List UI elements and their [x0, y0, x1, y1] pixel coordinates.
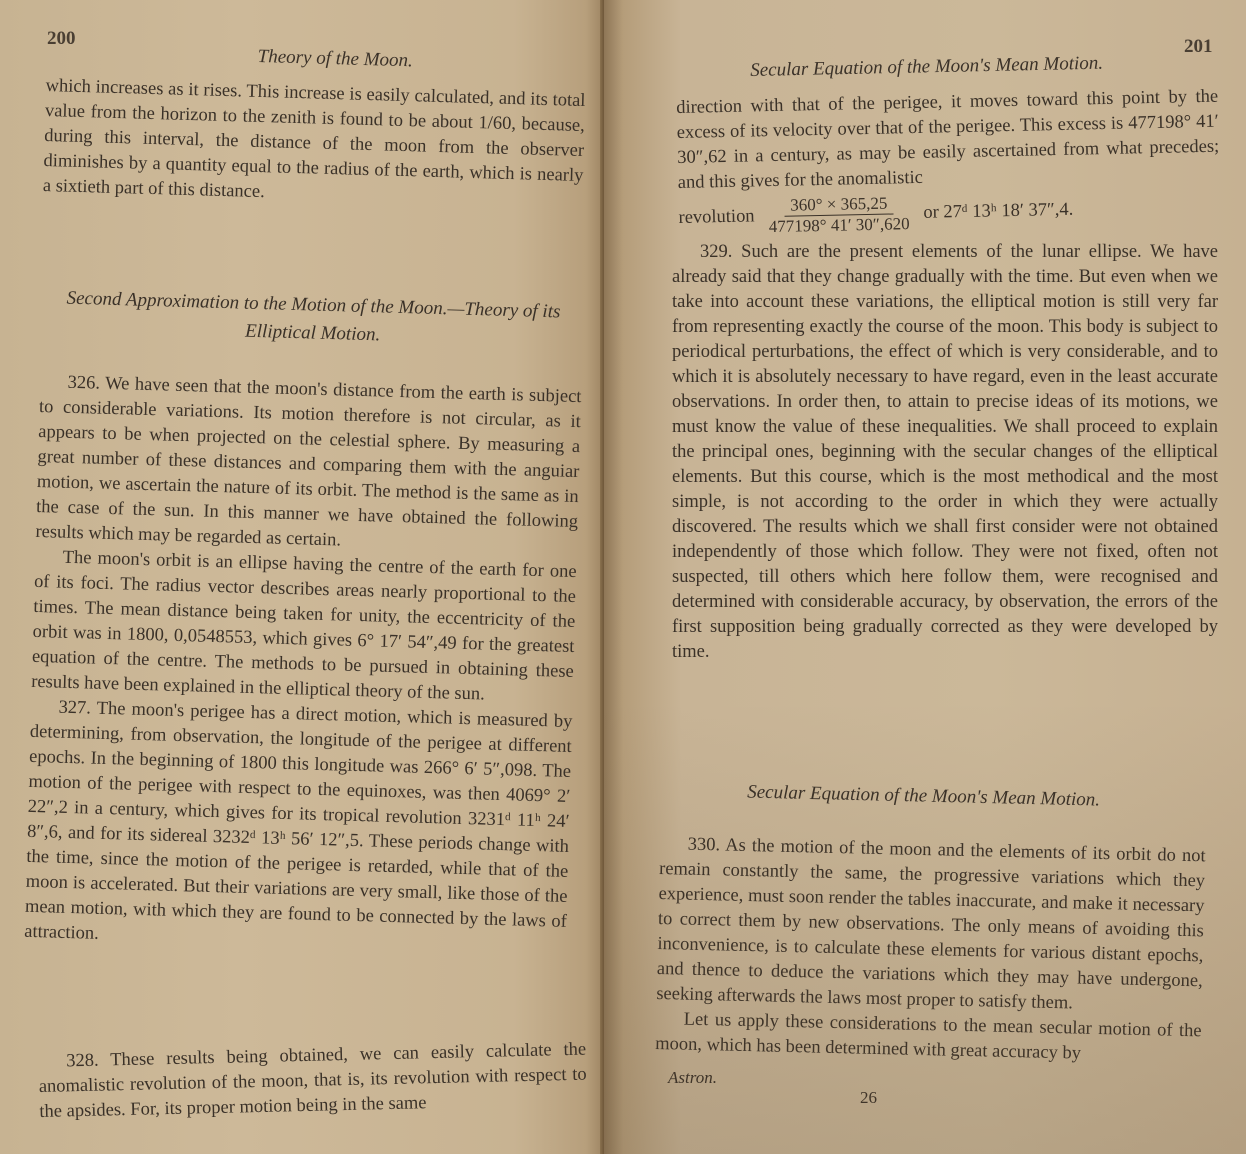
body-text-right-bottom: 330. As the motion of the moon and the e… — [655, 832, 1206, 1069]
running-head-right: Secular Equation of the Moon's Mean Moti… — [750, 53, 1103, 82]
formula-fraction: 360° × 365,25 477198° 41′ 30″,620 — [762, 193, 916, 237]
formula-prefix: revolution — [678, 204, 755, 231]
paragraph-orbit: The moon's orbit is an ellipse having th… — [31, 545, 577, 710]
body-text-right: 329. Such are the present elements of th… — [672, 240, 1218, 665]
paragraph: direction with that of the perigee, it m… — [676, 85, 1220, 196]
section-heading-left: Second Approximation to the Motion of th… — [42, 284, 583, 355]
page-number-right: 201 — [1184, 36, 1213, 58]
signature-mark: Astron. — [668, 1068, 717, 1088]
paragraph: which increases as it rises. This increa… — [43, 74, 586, 214]
left-page: 200 Theory of the Moon. which increases … — [0, 0, 604, 1154]
section-heading-right: Secular Equation of the Moon's Mean Moti… — [723, 778, 1124, 815]
body-text-left-bottom: 328. These results being obtained, we ca… — [38, 1038, 588, 1125]
running-head-left: Theory of the Moon. — [257, 46, 413, 72]
paragraph-329: 329. Such are the present elements of th… — [672, 240, 1218, 665]
body-text-left: 326. We have seen that the moon's distan… — [24, 370, 582, 960]
formula-denominator: 477198° 41′ 30″,620 — [763, 214, 916, 237]
formula-suffix: or 27ᵈ 13ʰ 18′ 37″,4. — [923, 197, 1073, 225]
page-number-left: 200 — [47, 28, 76, 50]
continuation-text-right: direction with that of the perigee, it m… — [676, 85, 1221, 240]
formula-numerator: 360° × 365,25 — [784, 193, 894, 216]
continuation-text-left: which increases as it rises. This increa… — [43, 74, 586, 214]
book-spread: 200 Theory of the Moon. which increases … — [0, 0, 1246, 1154]
paragraph-330: 330. As the motion of the moon and the e… — [656, 832, 1206, 1019]
paragraph-327: 327. The moon's perigee has a direct mot… — [24, 695, 573, 960]
paragraph-328: 328. These results being obtained, we ca… — [38, 1038, 588, 1125]
paragraph-326: 326. We have seen that the moon's distan… — [35, 370, 582, 560]
signature-number: 26 — [860, 1088, 877, 1108]
right-page: Secular Equation of the Moon's Mean Moti… — [604, 0, 1246, 1154]
